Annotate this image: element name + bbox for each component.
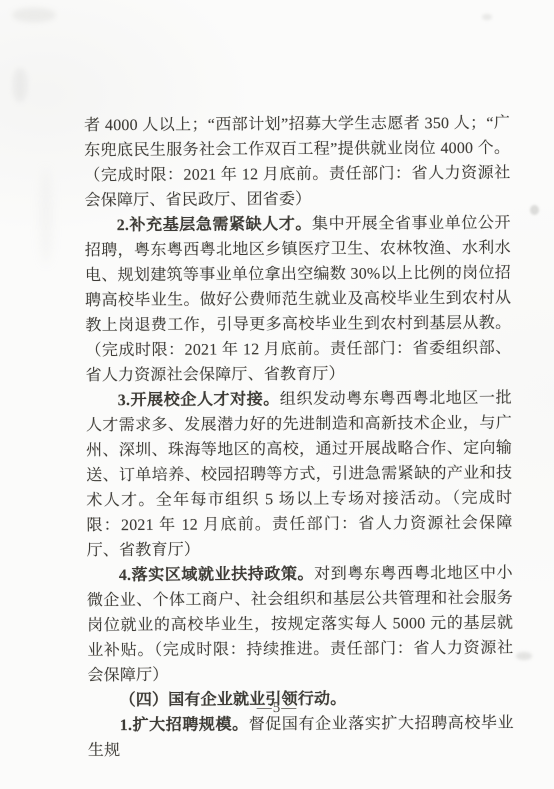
paragraph-text: 者 4000 人以上；“西部计划”招募大学生志愿者 350 人；“广东兜底民生服…	[84, 115, 510, 210]
scan-smudge	[13, 68, 27, 102]
paragraph-continuation: 者 4000 人以上；“西部计划”招募大学生志愿者 350 人；“广东兜底民生服…	[84, 111, 511, 214]
paragraph-item-1: 1.扩大招聘规模。督促国有企业落实扩大招聘高校毕业生规	[88, 711, 514, 764]
scanned-document-page: 者 4000 人以上；“西部计划”招募大学生志愿者 350 人；“广东兜底民生服…	[0, 0, 554, 789]
scan-smudge	[530, 205, 539, 215]
paragraph-item-2: 2.补充基层急需紧缺人才。集中开展全省事业单位公开招聘，粤东粤西粤北地区乡镇医疗…	[85, 211, 512, 389]
paragraph-text: 集中开展全省事业单位公开招聘，粤东粤西粤北地区乡镇医疗卫生、农林牧渔、水利水电、…	[85, 215, 512, 385]
scan-smudge	[482, 14, 492, 20]
paragraph-lead: 2.补充基层急需紧缺人才。	[117, 216, 312, 234]
scan-smudge	[12, 8, 56, 22]
paragraph-lead: 4.落实区域就业扶持政策。	[119, 566, 314, 584]
document-text-block: 者 4000 人以上；“西部计划”招募大学生志愿者 350 人；“广东兜底民生服…	[84, 111, 514, 764]
scan-smudge	[516, 652, 532, 660]
paragraph-text: 组织发动粤东粤西粤北地区一批人才需求多、发展潜力好的先进制造和高新技术企业，与广…	[86, 390, 513, 560]
paragraph-item-3: 3.开展校企人才对接。组织发动粤东粤西粤北地区一批人才需求多、发展潜力好的先进制…	[86, 386, 513, 564]
paragraph-lead: 1.扩大招聘规模。	[120, 716, 249, 734]
paragraph-lead: 3.开展校企人才对接。	[118, 391, 280, 409]
paragraph-item-4: 4.落实区域就业扶持政策。对到粤东粤西粤北地区中小微企业、个体工商户、社会组织和…	[87, 561, 514, 689]
scan-smudge	[40, 168, 52, 264]
page-number: —5—	[0, 698, 554, 718]
